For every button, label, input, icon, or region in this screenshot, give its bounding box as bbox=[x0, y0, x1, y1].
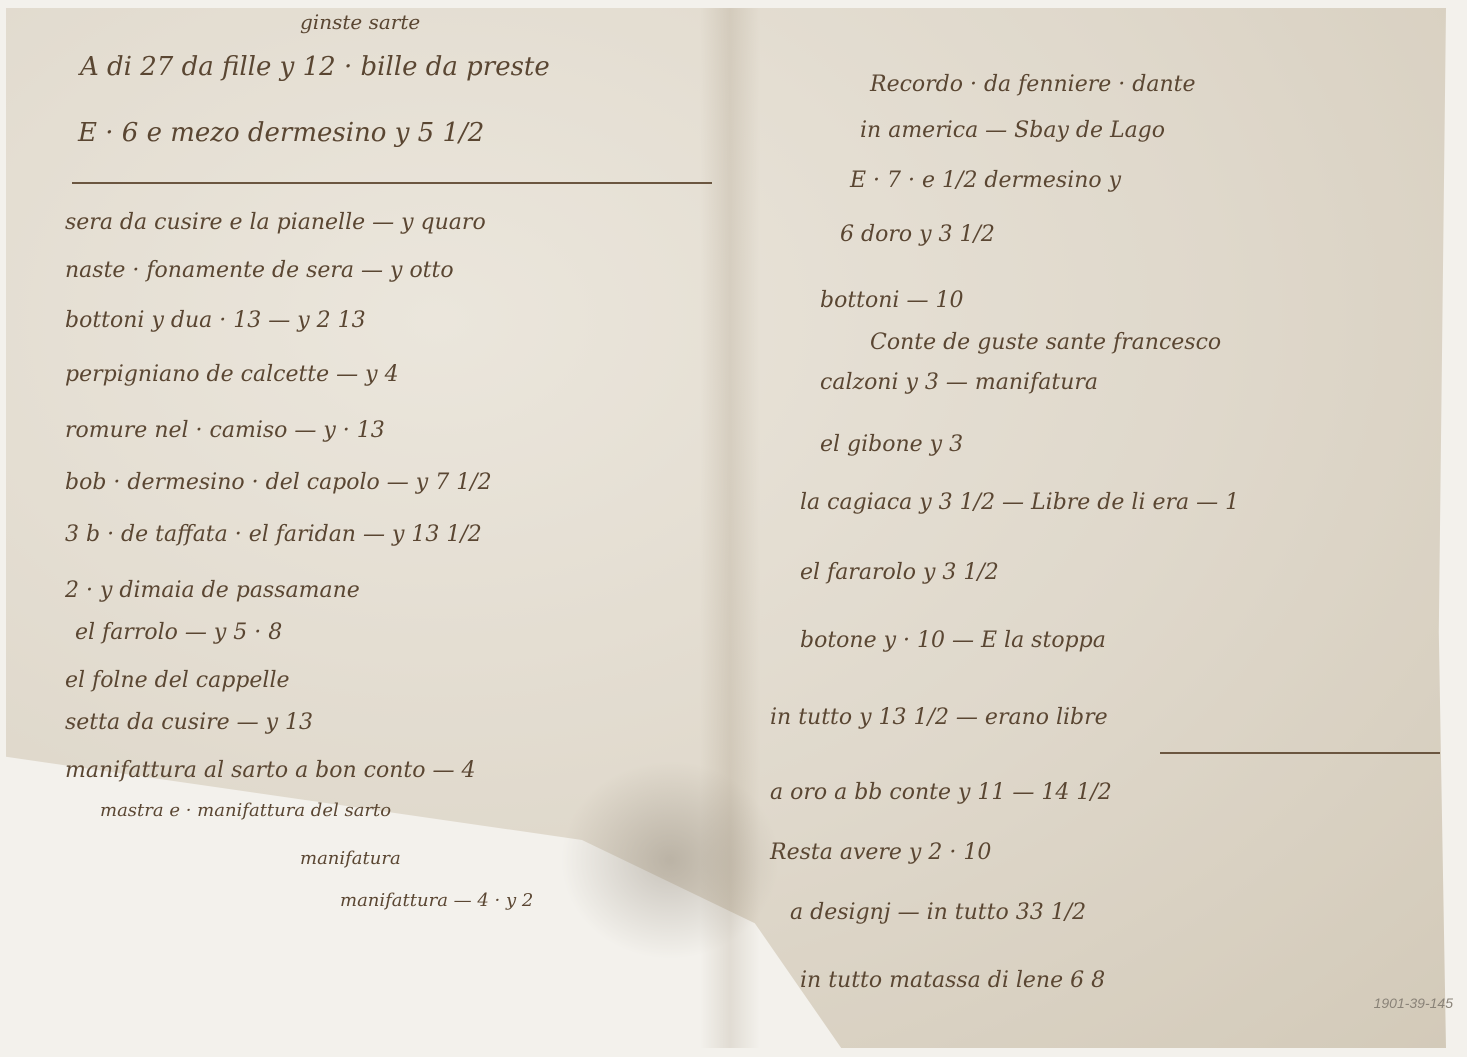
entry: E · 6 e mezo dermesino y 5 1/2 bbox=[78, 118, 484, 148]
entry: Conte de guste sante francesco bbox=[870, 330, 1221, 355]
entry: el farrolo — y 5 · 8 bbox=[75, 620, 282, 645]
entry: naste · fonamente de sera — y otto bbox=[65, 258, 454, 283]
entry: sera da cusire e la pianelle — y quaro bbox=[65, 210, 486, 235]
entry: 3 b · de taffata · el faridan — y 13 1/2 bbox=[65, 522, 482, 547]
entry: Recordo · da fenniere · dante bbox=[870, 72, 1195, 97]
entry: Resta avere y 2 · 10 bbox=[770, 840, 991, 865]
entry: calzoni y 3 — manifatura bbox=[820, 370, 1098, 395]
entry: E · 7 · e 1/2 dermesino y bbox=[850, 168, 1121, 193]
entry: el folne del cappelle bbox=[65, 668, 290, 693]
entry: in tutto matassa di lene 6 8 bbox=[800, 968, 1105, 993]
divider bbox=[1160, 752, 1440, 754]
entry: 6 doro y 3 1/2 bbox=[840, 222, 995, 247]
entry: el fararolo y 3 1/2 bbox=[800, 560, 999, 585]
entry: A di 27 da fille y 12 · bille da preste bbox=[80, 52, 550, 82]
entry: el gibone y 3 bbox=[820, 432, 963, 457]
entry: bottoni — 10 bbox=[820, 288, 963, 313]
entry: la cagiaca y 3 1/2 — Libre de li era — 1 bbox=[800, 490, 1239, 515]
entry: botone y · 10 — E la stoppa bbox=[800, 628, 1106, 653]
entry: perpigniano de calcette — y 4 bbox=[65, 362, 399, 387]
entry: manifatura bbox=[300, 848, 401, 869]
entry: manifattura al sarto a bon conto — 4 bbox=[65, 758, 475, 783]
entry: a oro a bb conte y 11 — 14 1/2 bbox=[770, 780, 1112, 805]
entry: in america — Sbay de Lago bbox=[860, 118, 1165, 143]
accession-number: 1901-39-145 bbox=[1374, 995, 1453, 1011]
entry: a designj — in tutto 33 1/2 bbox=[790, 900, 1086, 925]
entry: 2 · y dimaia de passamane bbox=[65, 578, 360, 603]
entry: setta da cusire — y 13 bbox=[65, 710, 313, 735]
divider bbox=[72, 182, 712, 184]
entry: in tutto y 13 1/2 — erano libre bbox=[770, 705, 1108, 730]
water-stain bbox=[560, 760, 780, 960]
entry: mastra e · manifattura del sarto bbox=[100, 800, 391, 821]
entry: bottoni y dua · 13 — y 2 13 bbox=[65, 308, 366, 333]
entry: bob · dermesino · del capolo — y 7 1/2 bbox=[65, 470, 492, 495]
entry: manifattura — 4 · y 2 bbox=[340, 890, 533, 911]
entry: romure nel · camiso — y · 13 bbox=[65, 418, 385, 443]
entry: ginste sarte bbox=[300, 10, 420, 34]
